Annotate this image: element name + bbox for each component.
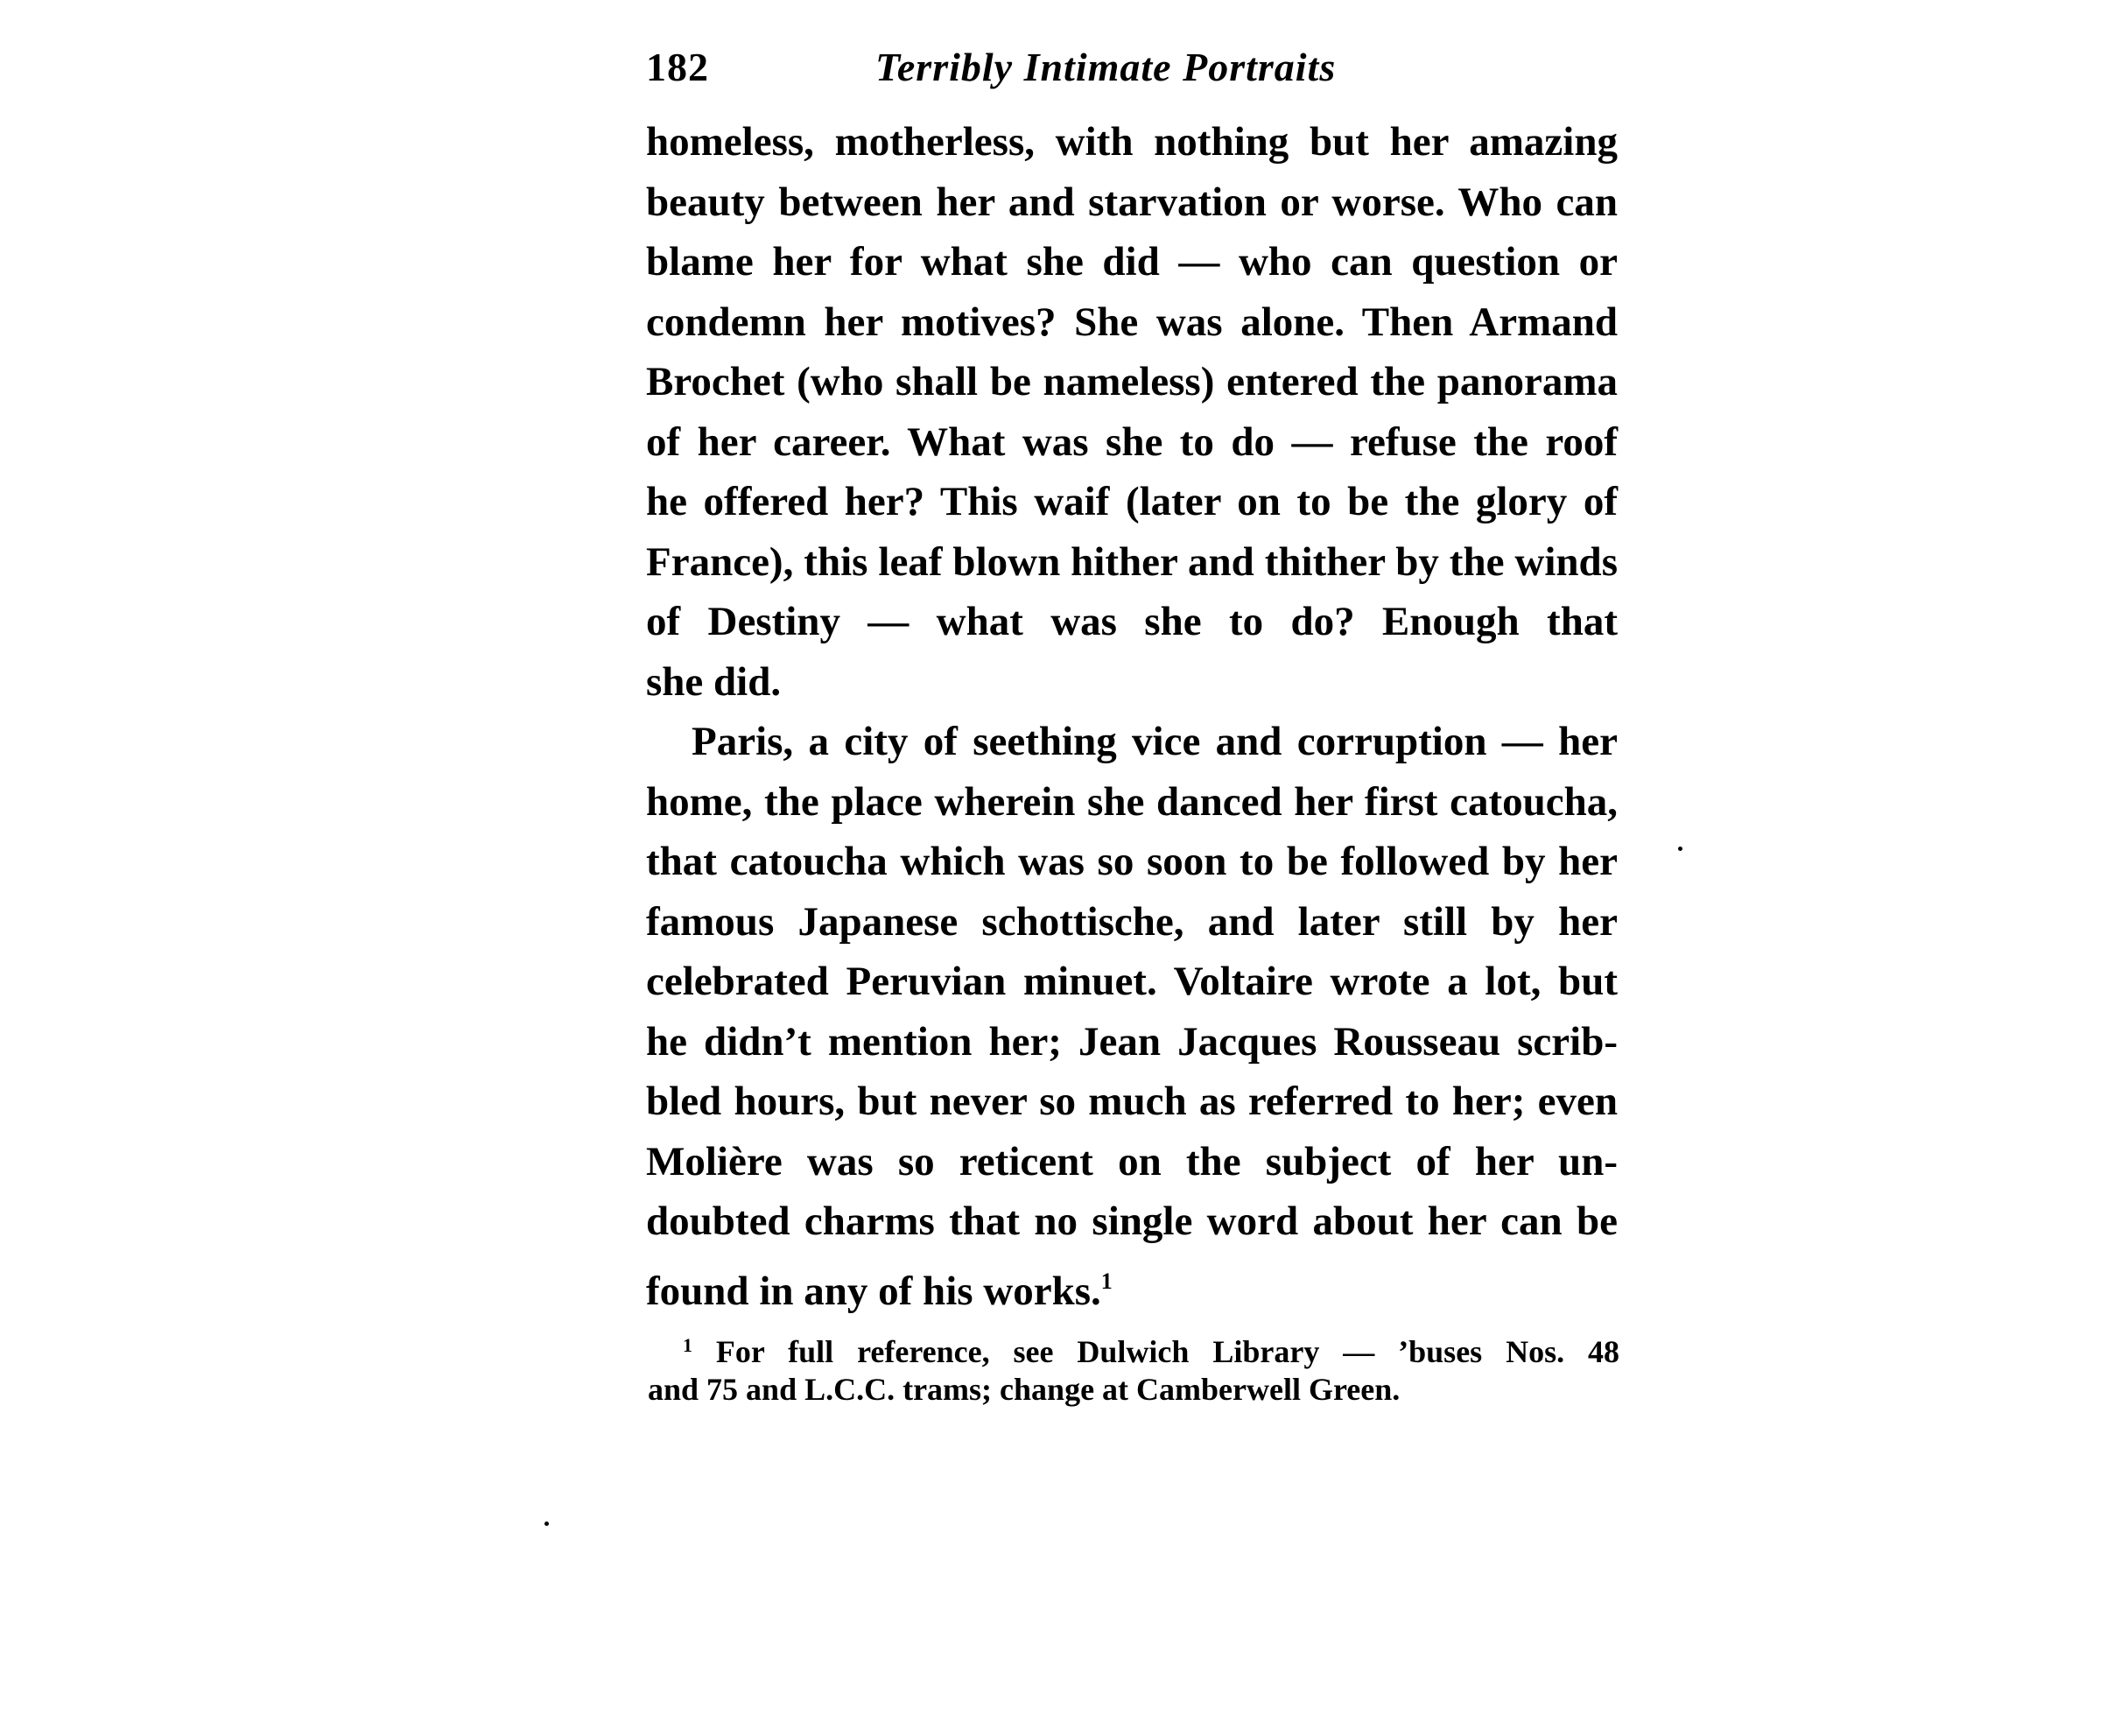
footnote: 1 For full reference, see Dulwich Librar…	[648, 1324, 1619, 1411]
paragraph-1: homeless, motherless, with nothing but h…	[646, 112, 1618, 712]
text-line: famous Japanese schottische, and later s…	[646, 892, 1618, 952]
text-line: doubted charms that no single word about…	[646, 1191, 1618, 1252]
paragraph-2: Paris, a city of seething vice and corru…	[646, 712, 1618, 1311]
scan-speck	[1678, 847, 1682, 851]
footnote-line: 1 For full reference, see Dulwich Librar…	[648, 1324, 1619, 1367]
text-line: of her career. What was she to do — refu…	[646, 412, 1618, 473]
text-line: homeless, motherless, with nothing but h…	[646, 112, 1618, 172]
footnote-reference[interactable]: 1	[1101, 1269, 1113, 1294]
text-line: blame her for what she did — who can que…	[646, 232, 1618, 292]
text-line: he offered her? This waif (later on to b…	[646, 472, 1618, 532]
page-number: 182	[646, 44, 709, 90]
footnote-marker: 1	[683, 1334, 692, 1356]
running-title: Terribly Intimate Portraits	[875, 44, 1336, 90]
text-line: condemn her motives? She was alone. Then…	[646, 292, 1618, 353]
book-page: 182 Terribly Intimate Portraits homeless…	[0, 0, 2114, 1736]
text-line: celebrated Peruvian minuet. Voltaire wro…	[646, 952, 1618, 1012]
running-head: 182 Terribly Intimate Portraits	[646, 37, 1618, 98]
text-line-content: found in any of his works.	[646, 1269, 1101, 1314]
text-line: found in any of his works.1	[646, 1252, 1618, 1312]
text-line: Brochet (who shall be nameless) entered …	[646, 352, 1618, 412]
text-line: bled hours, but never so much as referre…	[646, 1072, 1618, 1132]
text-line: Molière was so reticent on the subject o…	[646, 1132, 1618, 1192]
text-line: France), this leaf blown hither and thit…	[646, 532, 1618, 593]
text-line: that catoucha which was so soon to be fo…	[646, 832, 1618, 892]
footnote-text: For full reference, see Dulwich Library …	[716, 1334, 1619, 1369]
body-text: homeless, motherless, with nothing but h…	[646, 112, 1618, 1311]
footnote-line: and 75 and L.C.C. trams; change at Cambe…	[648, 1367, 1619, 1411]
text-line: home, the place wherein she danced her f…	[646, 772, 1618, 833]
text-line: Paris, a city of seething vice and corru…	[646, 712, 1618, 772]
text-line: he didn’t mention her; Jean Jacques Rous…	[646, 1012, 1618, 1072]
scan-speck	[544, 1522, 549, 1526]
text-line: beauty between her and starvation or wor…	[646, 172, 1618, 233]
text-line: of Destiny — what was she to do? Enough …	[646, 592, 1618, 652]
text-line: she did.	[646, 652, 1618, 713]
